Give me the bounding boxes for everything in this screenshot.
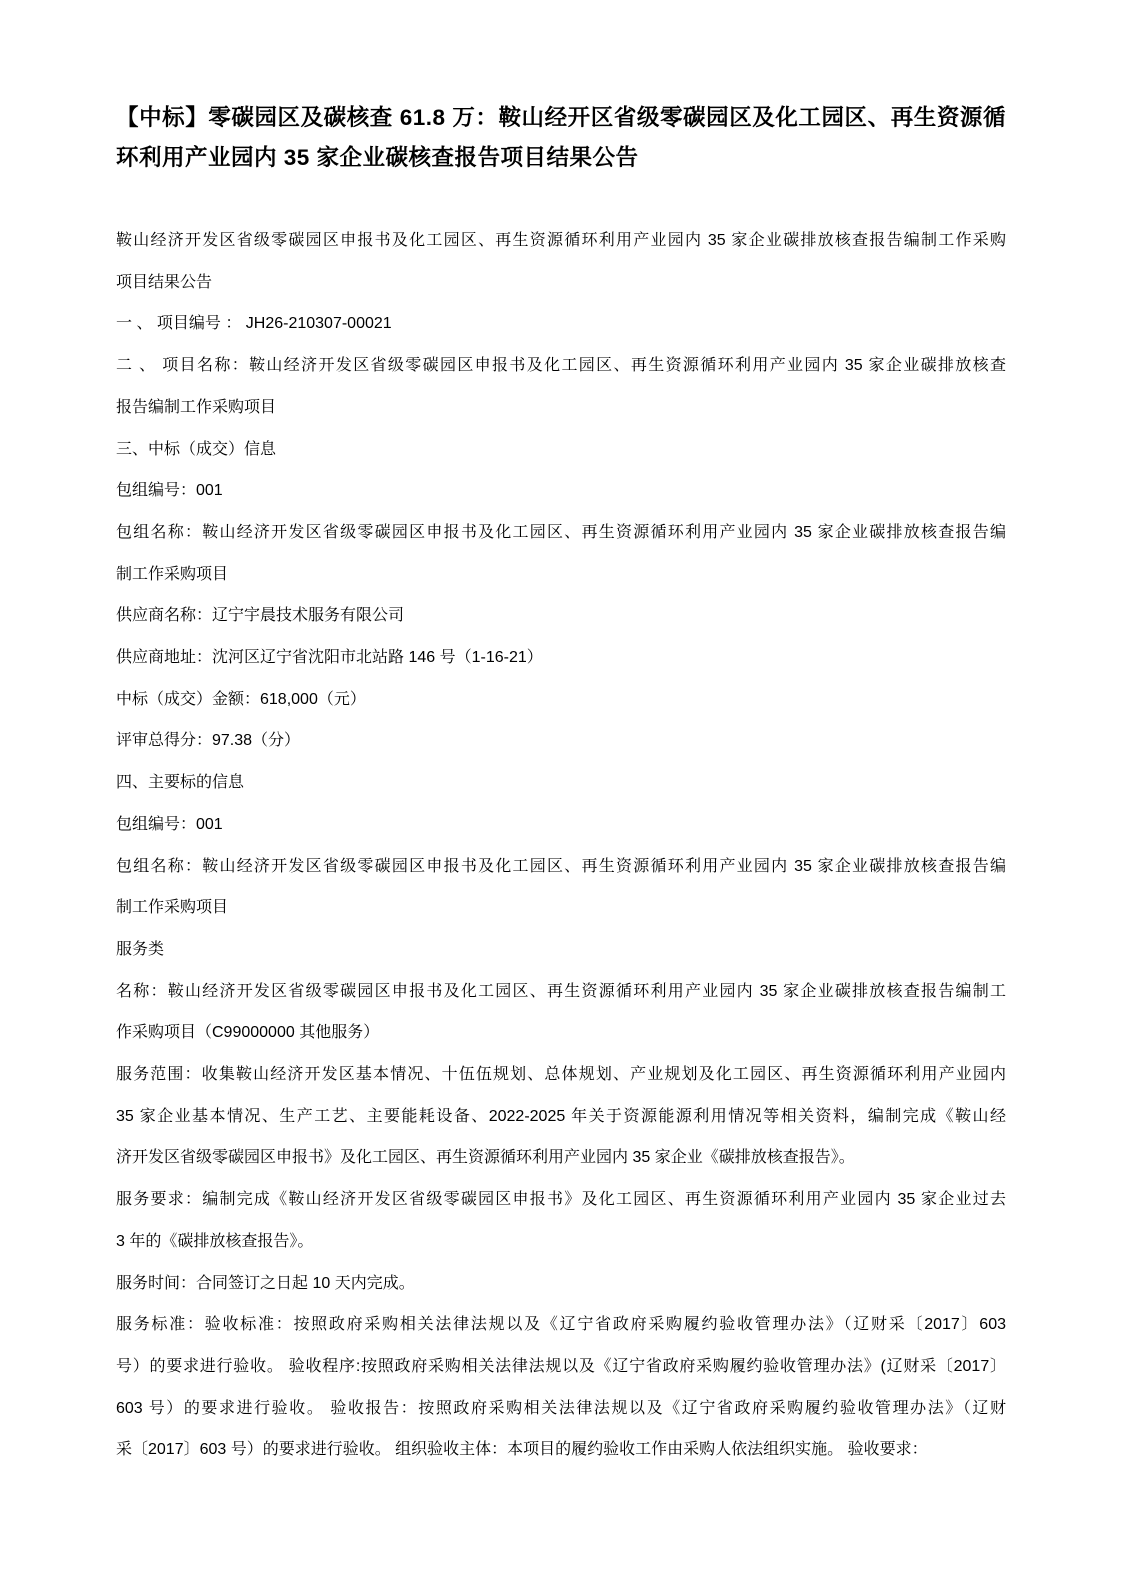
paragraph-service-standard: 服务标准：验收标准：按照政府采购相关法律法规以及《辽宁省政府采购履约验收管理办法… (116, 1304, 1006, 1471)
package-name-line: 制工作采购项目 (116, 887, 1006, 929)
page-title: 【中标】零碳园区及碳核查 61.8 万：鞍山经开区省级零碳园区及化工园区、再生资… (116, 98, 1006, 178)
page-title-line: 环利用产业园内 35 家企业碳核查报告项目结果公告 (116, 138, 1006, 178)
announcement-title-line: 鞍山经济开发区省级零碳园区申报书及化工园区、再生资源循环利用产业园内 35 家企… (116, 220, 1006, 262)
paragraph-package-number-2: 包组编号：001 (116, 804, 1006, 846)
announcement-title-line: 项目结果公告 (116, 262, 1006, 304)
service-scope-line: 济开发区省级零碳园区申报书》及化工园区、再生资源循环利用产业园内 35 家企业《… (116, 1137, 1006, 1179)
paragraph-evaluation-score: 评审总得分：97.38（分） (116, 720, 1006, 762)
paragraph-service-time: 服务时间：合同签订之日起 10 天内完成。 (116, 1263, 1006, 1305)
package-name-line: 制工作采购项目 (116, 554, 1006, 596)
section-heading-line: 三、中标（成交）信息 (116, 429, 1006, 471)
document-page: 【中标】零碳园区及碳核查 61.8 万：鞍山经开区省级零碳园区及化工园区、再生资… (0, 0, 1122, 1587)
package-number-line: 包组编号：001 (116, 804, 1006, 846)
service-standard-line: 采〔2017〕603 号）的要求进行验收。 组织验收主体：本项目的履约验收工作由… (116, 1429, 1006, 1471)
section-heading-line: 四、主要标的信息 (116, 762, 1006, 804)
service-scope-line: 35 家企业基本情况、生产工艺、主要能耗设备、2022-2025 年关于资源能源… (116, 1096, 1006, 1138)
supplier-name-line: 供应商名称：辽宁宇晨技术服务有限公司 (116, 595, 1006, 637)
paragraph-project-name: 二 、 项目名称：鞍山经济开发区省级零碳园区申报书及化工园区、再生资源循环利用产… (116, 345, 1006, 428)
paragraph-package-name-2: 包组名称：鞍山经济开发区省级零碳园区申报书及化工园区、再生资源循环利用产业园内 … (116, 846, 1006, 929)
service-requirements-line: 3 年的《碳排放核查报告》。 (116, 1221, 1006, 1263)
paragraph-award-amount: 中标（成交）金额：618,000（元） (116, 679, 1006, 721)
project-number-line: 一 、 项目编号 ： JH26-210307-00021 (116, 303, 1006, 345)
paragraph-package-number: 包组编号：001 (116, 470, 1006, 512)
paragraph-service-requirements: 服务要求：编制完成《鞍山经济开发区省级零碳园区申报书》及化工园区、再生资源循环利… (116, 1179, 1006, 1262)
service-standard-line: 服务标准：验收标准：按照政府采购相关法律法规以及《辽宁省政府采购履约验收管理办法… (116, 1304, 1006, 1346)
evaluation-score-line: 评审总得分：97.38（分） (116, 720, 1006, 762)
paragraph-service-scope: 服务范围：收集鞍山经济开发区基本情况、十伍伍规划、总体规划、产业规划及化工园区、… (116, 1054, 1006, 1179)
section-heading-award-info: 三、中标（成交）信息 (116, 429, 1006, 471)
paragraph-project-number: 一 、 项目编号 ： JH26-210307-00021 (116, 303, 1006, 345)
service-standard-line: 号）的要求进行验收。 验收程序:按照政府采购相关法律法规以及《辽宁省政府采购履约… (116, 1346, 1006, 1388)
award-amount-line: 中标（成交）金额：618,000（元） (116, 679, 1006, 721)
service-category-line: 服务类 (116, 929, 1006, 971)
subject-name-line: 名称：鞍山经济开发区省级零碳园区申报书及化工园区、再生资源循环利用产业园内 35… (116, 971, 1006, 1013)
paragraph-package-name: 包组名称：鞍山经济开发区省级零碳园区申报书及化工园区、再生资源循环利用产业园内 … (116, 512, 1006, 595)
paragraph-supplier-name: 供应商名称：辽宁宇晨技术服务有限公司 (116, 595, 1006, 637)
document-body: 鞍山经济开发区省级零碳园区申报书及化工园区、再生资源循环利用产业园内 35 家企… (116, 220, 1006, 1471)
service-scope-line: 服务范围：收集鞍山经济开发区基本情况、十伍伍规划、总体规划、产业规划及化工园区、… (116, 1054, 1006, 1096)
page-title-line: 【中标】零碳园区及碳核查 61.8 万：鞍山经开区省级零碳园区及化工园区、再生资… (116, 98, 1006, 138)
paragraph-subject-name: 名称：鞍山经济开发区省级零碳园区申报书及化工园区、再生资源循环利用产业园内 35… (116, 971, 1006, 1054)
package-number-line: 包组编号：001 (116, 470, 1006, 512)
paragraph-service-category: 服务类 (116, 929, 1006, 971)
package-name-line: 包组名称：鞍山经济开发区省级零碳园区申报书及化工园区、再生资源循环利用产业园内 … (116, 846, 1006, 888)
service-requirements-line: 服务要求：编制完成《鞍山经济开发区省级零碳园区申报书》及化工园区、再生资源循环利… (116, 1179, 1006, 1221)
service-time-line: 服务时间：合同签订之日起 10 天内完成。 (116, 1263, 1006, 1305)
paragraph-announcement-title: 鞍山经济开发区省级零碳园区申报书及化工园区、再生资源循环利用产业园内 35 家企… (116, 220, 1006, 303)
package-name-line: 包组名称：鞍山经济开发区省级零碳园区申报书及化工园区、再生资源循环利用产业园内 … (116, 512, 1006, 554)
subject-name-line: 作采购项目（C99000000 其他服务） (116, 1012, 1006, 1054)
section-heading-main-subject: 四、主要标的信息 (116, 762, 1006, 804)
project-name-line: 报告编制工作采购项目 (116, 387, 1006, 429)
service-standard-line: 603 号）的要求进行验收。 验收报告：按照政府采购相关法律法规以及《辽宁省政府… (116, 1388, 1006, 1430)
paragraph-supplier-address: 供应商地址：沈河区辽宁省沈阳市北站路 146 号（1-16-21） (116, 637, 1006, 679)
project-name-line: 二 、 项目名称：鞍山经济开发区省级零碳园区申报书及化工园区、再生资源循环利用产… (116, 345, 1006, 387)
supplier-address-line: 供应商地址：沈河区辽宁省沈阳市北站路 146 号（1-16-21） (116, 637, 1006, 679)
